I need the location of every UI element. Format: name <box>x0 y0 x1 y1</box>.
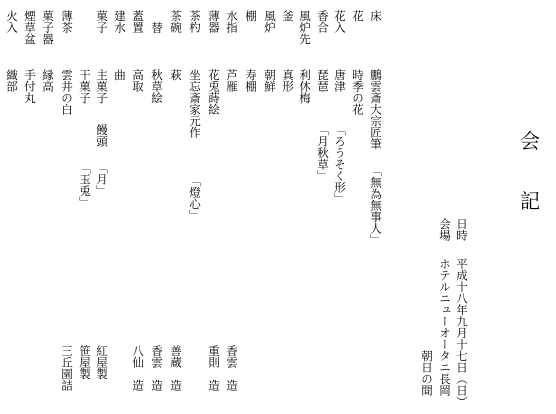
item-label: 煙草盆 <box>24 10 36 45</box>
item-name: 秋草絵 <box>151 69 163 104</box>
item-label: 替 <box>151 22 163 34</box>
item-detail: 「無為無事人」 <box>370 165 382 246</box>
item-label: 床 <box>370 10 382 22</box>
item-detail: 「月」 <box>96 162 108 197</box>
item-name: 芦雁 <box>226 69 238 92</box>
item-label: 水指 <box>226 10 238 33</box>
venue-value: ホテルニューオータニ長岡 <box>439 258 451 396</box>
item-sub: 饅頭 <box>96 124 108 147</box>
item-name: 雲井の白 <box>61 69 73 115</box>
item-maker: 善蔵 造 <box>170 345 182 391</box>
item-name: 高取 <box>132 69 144 92</box>
item-label: 建水 <box>114 10 126 33</box>
item-label: 風炉先 <box>299 10 311 45</box>
item-maker: 重則 造 <box>208 345 220 391</box>
item-name: 鵬雲斎大宗匠筆 <box>370 69 382 150</box>
item-label: 蓋置 <box>132 10 144 33</box>
item-label: 菓子器 <box>42 10 54 45</box>
item-label: 茶杓 <box>189 10 201 33</box>
item-name: 手付丸 <box>24 69 36 104</box>
venue-label: 会場 <box>439 218 451 241</box>
item-detail: 「月秋草」 <box>317 124 329 182</box>
item-name: 真形 <box>282 69 294 92</box>
item-label: 菓子 <box>96 10 108 33</box>
item-name: 花兎蒔絵 <box>208 69 220 115</box>
item-label: 花 <box>352 10 364 22</box>
item-label: 釜 <box>282 10 294 22</box>
item-detail: 「ろうそく形」 <box>334 124 346 205</box>
item-label: 火入 <box>6 10 18 33</box>
item-detail: 「玉兎」 <box>79 162 91 208</box>
item-label: 花入 <box>334 10 346 33</box>
item-name: 萩 <box>170 69 182 81</box>
title-char-ki: 記 <box>519 190 541 212</box>
date-value: 平成十八年九月十七日（日） <box>456 258 468 408</box>
item-label: 棚 <box>245 10 257 22</box>
item-label: 茶碗 <box>170 10 182 33</box>
item-label: 薄茶 <box>61 10 73 33</box>
item-label: 風炉 <box>264 10 276 33</box>
item-label: 香合 <box>317 10 329 33</box>
item-label: 薄器 <box>208 10 220 33</box>
item-name: 利休梅 <box>299 69 311 104</box>
item-maker: 香雲 造 <box>226 345 238 391</box>
item-name: 曲 <box>114 69 126 81</box>
item-maker: 八仙 造 <box>132 345 144 391</box>
item-detail: 「燈心」 <box>189 175 201 221</box>
item-name: 縁高 <box>42 69 54 92</box>
date-label: 日時 <box>456 218 468 241</box>
item-name: 朝鮮 <box>264 69 276 92</box>
item-name: 時季の花 <box>352 69 364 115</box>
room-name: 朝日の間 <box>421 350 433 396</box>
tea-ceremony-record: 会 記 日時 平成十八年九月十七日（日） 会場 ホテルニューオータニ長岡 朝日の… <box>0 0 556 414</box>
item-name: 織部 <box>6 69 18 92</box>
item-name: 干菓子 <box>79 69 91 104</box>
title-char-kai: 会 <box>519 130 541 152</box>
item-maker: 香雲 造 <box>151 345 163 391</box>
item-name: 坐忘斎家元作 <box>189 69 201 138</box>
item-name: 寿棚 <box>245 69 257 92</box>
item-maker: 紅屋製 <box>96 345 108 380</box>
item-name: 主菓子 <box>96 69 108 104</box>
item-maker: 笹屋製 <box>79 345 91 380</box>
item-maker: 三丘園詰 <box>61 345 73 391</box>
item-name: 唐津 <box>334 69 346 92</box>
item-name: 琵琶 <box>317 69 329 92</box>
